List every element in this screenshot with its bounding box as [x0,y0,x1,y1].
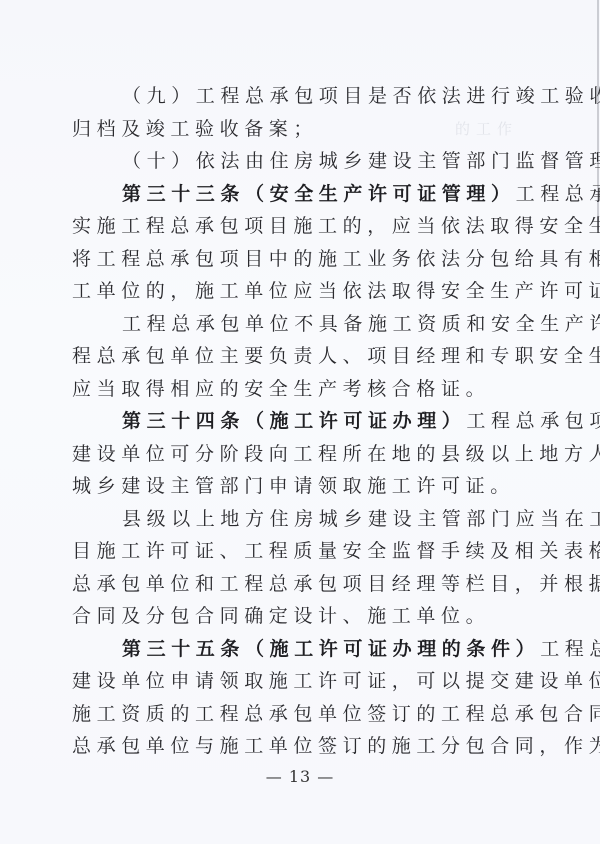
text-line: 合同及分包合同确定设计、施工单位。 [72,600,524,633]
text-line: 总承包单位与施工单位签订的施工分包合同，作为已经确定建 [72,730,524,763]
body-text: 工程总承包单位自行 [516,183,600,205]
paragraph-article-35: 第三十五条（施工许可证办理的条件）工程总承包项目的建设单位申请领取施工许可证，可… [72,633,524,763]
text-line: 建设单位可分阶段向工程所在地的县级以上地方人民政府住房 [72,438,524,471]
paragraph-article-33: 第三十三条（安全生产许可证管理）工程总承包单位自行实施工程总承包项目施工的，应当… [72,178,524,308]
text-line: 县级以上地方住房城乡建设主管部门应当在工程总承包项 [72,503,524,536]
text-line: 第三十五条（施工许可证办理的条件）工程总承包项目的 [72,633,524,666]
body-text: 建设单位可分阶段向工程所在地的县级以上地方人民政府住房 [72,443,600,465]
paragraph-item-10: （十）依法由住房城乡建设主管部门监督管理的其他事项。 [72,145,524,178]
document-body: （九）工程总承包项目是否依法进行竣工验收、工程档案归档及竣工验收备案；（十）依法… [72,80,524,763]
body-text: 工程总承包项目开工前， [466,410,600,432]
body-text: 工单位的，施工单位应当依法取得安全生产许可证。 [72,280,600,302]
text-line: （十）依法由住房城乡建设主管部门监督管理的其他事项。 [72,145,524,178]
body-text: 实施工程总承包项目施工的，应当依法取得安全生产许可证； [72,215,600,237]
body-text: 建设单位申请领取施工许可证，可以提交建设单位与具备相应 [72,670,600,692]
text-line: 目施工许可证、工程质量安全监督手续及相关表格中增加工程 [72,535,524,568]
text-line: 实施工程总承包项目施工的，应当依法取得安全生产许可证； [72,210,524,243]
text-line: 工单位的，施工单位应当依法取得安全生产许可证。 [72,275,524,308]
article-heading: 第三十五条（施工许可证办理的条件） [122,638,540,660]
body-text: 目施工许可证、工程质量安全监督手续及相关表格中增加工程 [72,540,600,562]
text-line: 总承包单位和工程总承包项目经理等栏目，并根据工程总承包 [72,568,524,601]
body-text: 县级以上地方住房城乡建设主管部门应当在工程总承包项 [122,508,600,530]
text-line: 施工资质的工程总承包单位签订的工程总承包合同，或者工程 [72,698,524,731]
body-text: 工程总承包单位不具备施工资质和安全生产许可证时，工 [122,313,600,335]
body-text: 程总承包单位主要负责人、项目经理和专职安全生产管理人员 [72,345,600,367]
body-text: （九）工程总承包项目是否依法进行竣工验收、工程档案 [122,85,600,107]
text-line: 程总承包单位主要负责人、项目经理和专职安全生产管理人员 [72,340,524,373]
body-text: 归档及竣工验收备案； [72,118,318,140]
document-page: 的工作 （九）工程总承包项目是否依法进行竣工验收、工程档案归档及竣工验收备案；（… [0,0,600,844]
body-text: 工程总承包项目的 [540,638,600,660]
paragraph-article-34: 第三十四条（施工许可证办理）工程总承包项目开工前，建设单位可分阶段向工程所在地的… [72,405,524,503]
body-text: 城乡建设主管部门申请领取施工许可证。 [72,475,515,497]
paragraph-article-33-para-2: 工程总承包单位不具备施工资质和安全生产许可证时，工程总承包单位主要负责人、项目经… [72,308,524,406]
body-text: 应当取得相应的安全生产考核合格证。 [72,378,490,400]
text-line: 应当取得相应的安全生产考核合格证。 [72,373,524,406]
text-line: 将工程总承包项目中的施工业务依法分包给具有相应资质的施 [72,243,524,276]
text-line: 建设单位申请领取施工许可证，可以提交建设单位与具备相应 [72,665,524,698]
article-heading: 第三十三条（安全生产许可证管理） [122,183,516,205]
text-line: 第三十四条（施工许可证办理）工程总承包项目开工前， [72,405,524,438]
body-text: 合同及分包合同确定设计、施工单位。 [72,605,490,627]
text-line: 工程总承包单位不具备施工资质和安全生产许可证时，工 [72,308,524,341]
body-text: （十）依法由住房城乡建设主管部门监督管理的其他事项。 [122,150,600,172]
page-number: — 13 — [0,767,600,786]
article-heading: 第三十四条（施工许可证办理） [122,410,466,432]
paragraph-item-9: （九）工程总承包项目是否依法进行竣工验收、工程档案归档及竣工验收备案； [72,80,524,145]
body-text: 总承包单位与施工单位签订的施工分包合同，作为已经确定建 [72,735,600,757]
body-text: 施工资质的工程总承包单位签订的工程总承包合同，或者工程 [72,703,600,725]
paragraph-article-34-para-2: 县级以上地方住房城乡建设主管部门应当在工程总承包项目施工许可证、工程质量安全监督… [72,503,524,633]
text-line: 归档及竣工验收备案； [72,113,524,146]
text-line: 城乡建设主管部门申请领取施工许可证。 [72,470,524,503]
text-line: （九）工程总承包项目是否依法进行竣工验收、工程档案 [72,80,524,113]
body-text: 总承包单位和工程总承包项目经理等栏目，并根据工程总承包 [72,573,600,595]
body-text: 将工程总承包项目中的施工业务依法分包给具有相应资质的施 [72,248,600,270]
text-line: 第三十三条（安全生产许可证管理）工程总承包单位自行 [72,178,524,211]
